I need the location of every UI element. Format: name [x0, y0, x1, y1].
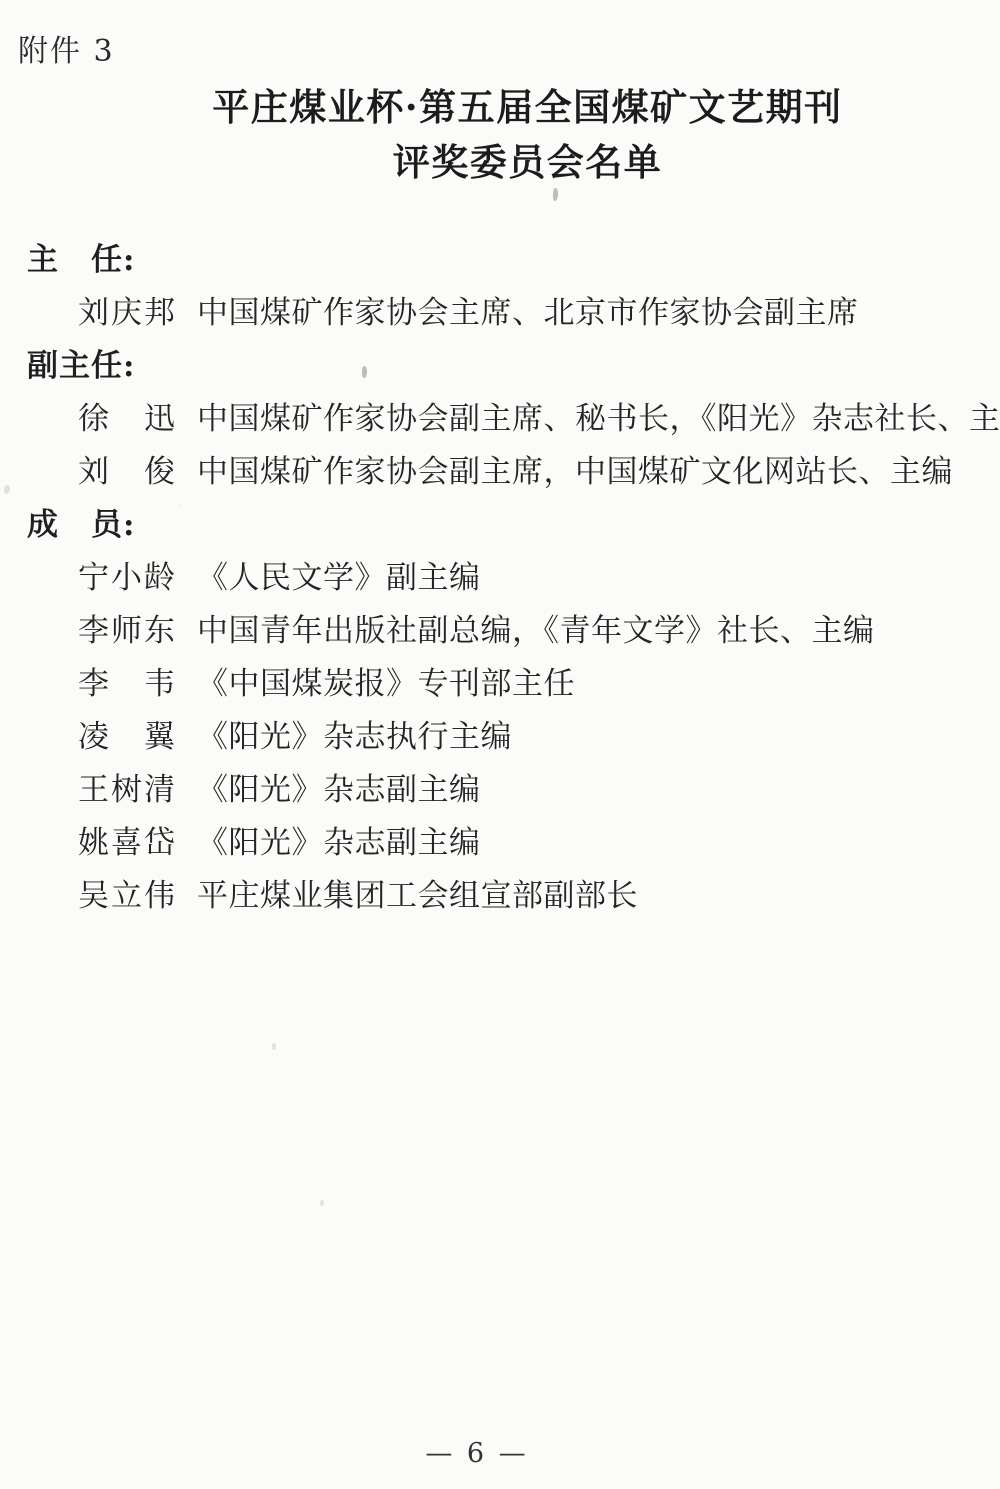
member-row: 吴立伟 平庄煤业集团工会组宣部副部长: [0, 870, 1000, 923]
member-role: 《中国煤炭报》专刊部主任: [197, 658, 575, 711]
scan-artifact: [272, 1043, 276, 1050]
committee-section: 成 员: 宁小龄 《人民文学》副主编 李师东 中国青年出版社副总编，《青年文学》…: [0, 499, 1000, 923]
member-name: 刘庆邦: [78, 287, 197, 340]
member-name: 徐 迅: [78, 393, 197, 446]
title-line-1: 平庄煤业杯·第五届全国煤矿文艺期刊: [55, 80, 1000, 135]
member-name: 刘 俊: [78, 446, 197, 499]
member-name: 吴立伟: [78, 870, 197, 923]
member-row: 刘 俊 中国煤矿作家协会副主席，中国煤矿文化网站长、主编: [0, 446, 1000, 499]
attachment-label: 附件 3: [18, 26, 115, 70]
committee-list: 主 任: 刘庆邦 中国煤矿作家协会主席、北京市作家协会副主席 副主任: 徐 迅 …: [0, 234, 1000, 923]
member-rows: 刘庆邦 中国煤矿作家协会主席、北京市作家协会副主席: [0, 287, 1000, 340]
member-role: 中国煤矿作家协会副主席，中国煤矿文化网站长、主编: [197, 446, 953, 499]
member-role: 中国青年出版社副总编，《青年文学》社长、主编: [197, 605, 875, 658]
member-rows: 徐 迅 中国煤矿作家协会副主席、秘书长，《阳光》杂志社长、主编 刘 俊 中国煤矿…: [0, 393, 1000, 499]
committee-section: 副主任: 徐 迅 中国煤矿作家协会副主席、秘书长，《阳光》杂志社长、主编 刘 俊…: [0, 340, 1000, 499]
member-row: 李 韦 《中国煤炭报》专刊部主任: [0, 658, 1000, 711]
member-name: 凌 翼: [78, 711, 197, 764]
member-role: 平庄煤业集团工会组宣部副部长: [197, 870, 638, 923]
document-page: 附件 3 平庄煤业杯·第五届全国煤矿文艺期刊 评奖委员会名单 主 任: 刘庆邦 …: [0, 0, 1000, 1489]
member-name: 李师东: [78, 605, 197, 658]
member-row: 李师东 中国青年出版社副总编，《青年文学》社长、主编: [0, 605, 1000, 658]
page-number: — 6 —: [0, 1438, 954, 1469]
member-role: 《阳光》杂志副主编: [197, 817, 481, 870]
section-heading: 主 任:: [0, 234, 1000, 287]
section-heading: 副主任:: [0, 340, 1000, 393]
document-title: 平庄煤业杯·第五届全国煤矿文艺期刊 评奖委员会名单: [55, 80, 1000, 190]
member-role: 《阳光》杂志副主编: [197, 764, 481, 817]
member-role: 中国煤矿作家协会副主席、秘书长，《阳光》杂志社长、主编: [197, 393, 1000, 446]
member-role: 《人民文学》副主编: [197, 552, 481, 605]
member-row: 宁小龄 《人民文学》副主编: [0, 552, 1000, 605]
member-row: 凌 翼 《阳光》杂志执行主编: [0, 711, 1000, 764]
title-line-2: 评奖委员会名单: [55, 135, 1000, 190]
member-row: 王树清 《阳光》杂志副主编: [0, 764, 1000, 817]
member-role: 《阳光》杂志执行主编: [197, 711, 512, 764]
section-heading: 成 员:: [0, 499, 1000, 552]
member-row: 刘庆邦 中国煤矿作家协会主席、北京市作家协会副主席: [0, 287, 1000, 340]
member-row: 徐 迅 中国煤矿作家协会副主席、秘书长，《阳光》杂志社长、主编: [0, 393, 1000, 446]
member-name: 宁小龄: [78, 552, 197, 605]
member-name: 姚喜岱: [78, 817, 197, 870]
member-name: 李 韦: [78, 658, 197, 711]
scan-artifact: [553, 188, 558, 201]
member-row: 姚喜岱 《阳光》杂志副主编: [0, 817, 1000, 870]
scan-artifact: [320, 1200, 324, 1206]
committee-section: 主 任: 刘庆邦 中国煤矿作家协会主席、北京市作家协会副主席: [0, 234, 1000, 340]
member-rows: 宁小龄 《人民文学》副主编 李师东 中国青年出版社副总编，《青年文学》社长、主编…: [0, 552, 1000, 923]
member-name: 王树清: [78, 764, 197, 817]
member-role: 中国煤矿作家协会主席、北京市作家协会副主席: [197, 287, 859, 340]
